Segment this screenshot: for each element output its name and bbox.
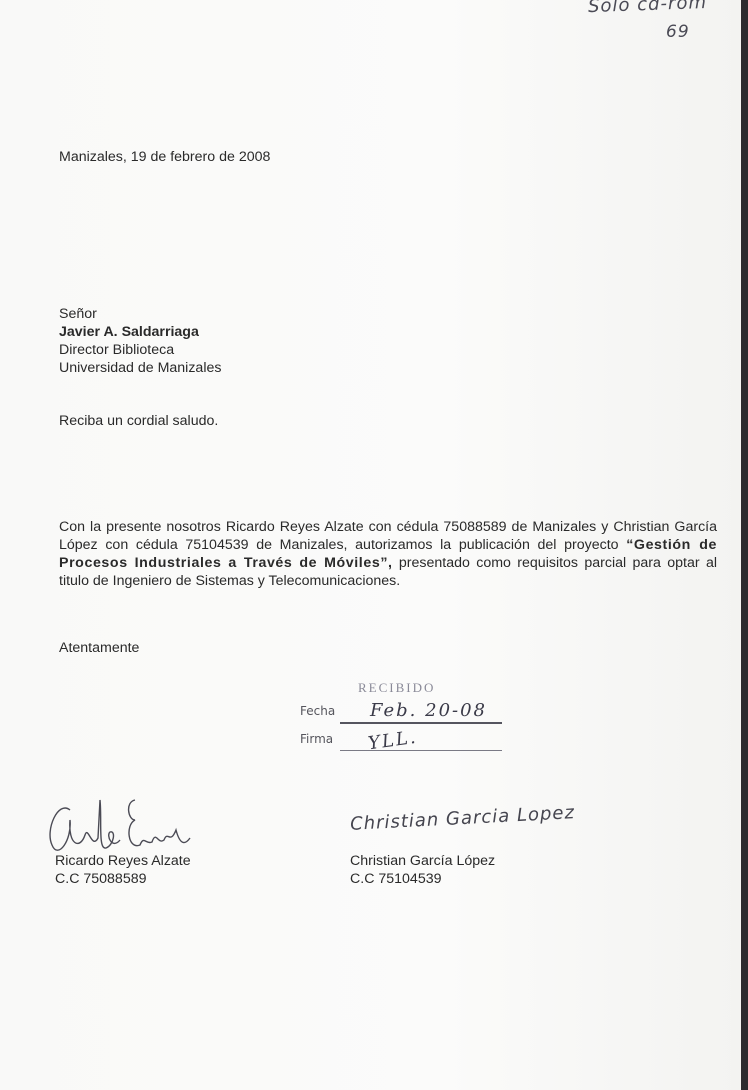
signer-name: Christian García López [350,852,495,870]
scan-edge [741,0,748,1090]
greeting: Reciba un cordial saludo. [59,412,218,430]
signer-christian: Christian García López C.C 75104539 [350,852,495,888]
signature-christian-garcia: Christian Garcia Lopez [350,802,576,835]
signer-id: C.C 75088589 [55,870,191,888]
stamp-signature-label: Firma [300,732,333,746]
received-stamp: RECIBIDO Fecha Feb. 20-08 Firma YLL. [298,680,508,770]
scanned-letter-page: Solo cd-rom 69 Manizales, 19 de febrero … [0,0,741,1090]
stamp-date-value: Feb. 20-08 [370,700,487,721]
recipient-name: Javier A. Saldarriaga [59,323,221,341]
signer-name: Ricardo Reyes Alzate [55,852,191,870]
recipient-title: Director Biblioteca [59,341,221,359]
handwritten-note: Solo cd-rom [588,0,708,17]
recipient-institution: Universidad de Manizales [59,359,221,377]
closing: Atentamente [59,639,139,657]
signer-ricardo: Ricardo Reyes Alzate C.C 75088589 [55,852,191,888]
stamp-title: RECIBIDO [358,680,435,696]
stamp-date-label: Fecha [300,704,335,718]
recipient-block: Señor Javier A. Saldarriaga Director Bib… [59,305,221,377]
letter-body: Con la presente nosotros Ricardo Reyes A… [59,518,717,590]
place-date: Manizales, 19 de febrero de 2008 [59,148,270,166]
body-text-part1: Con la presente nosotros Ricardo Reyes A… [59,519,717,553]
recipient-salutation: Señor [59,305,221,323]
signer-id: C.C 75104539 [350,870,495,888]
stamp-date-line [340,722,502,724]
handwritten-page-number: 69 [666,22,690,42]
stamp-signature-line [340,750,502,751]
